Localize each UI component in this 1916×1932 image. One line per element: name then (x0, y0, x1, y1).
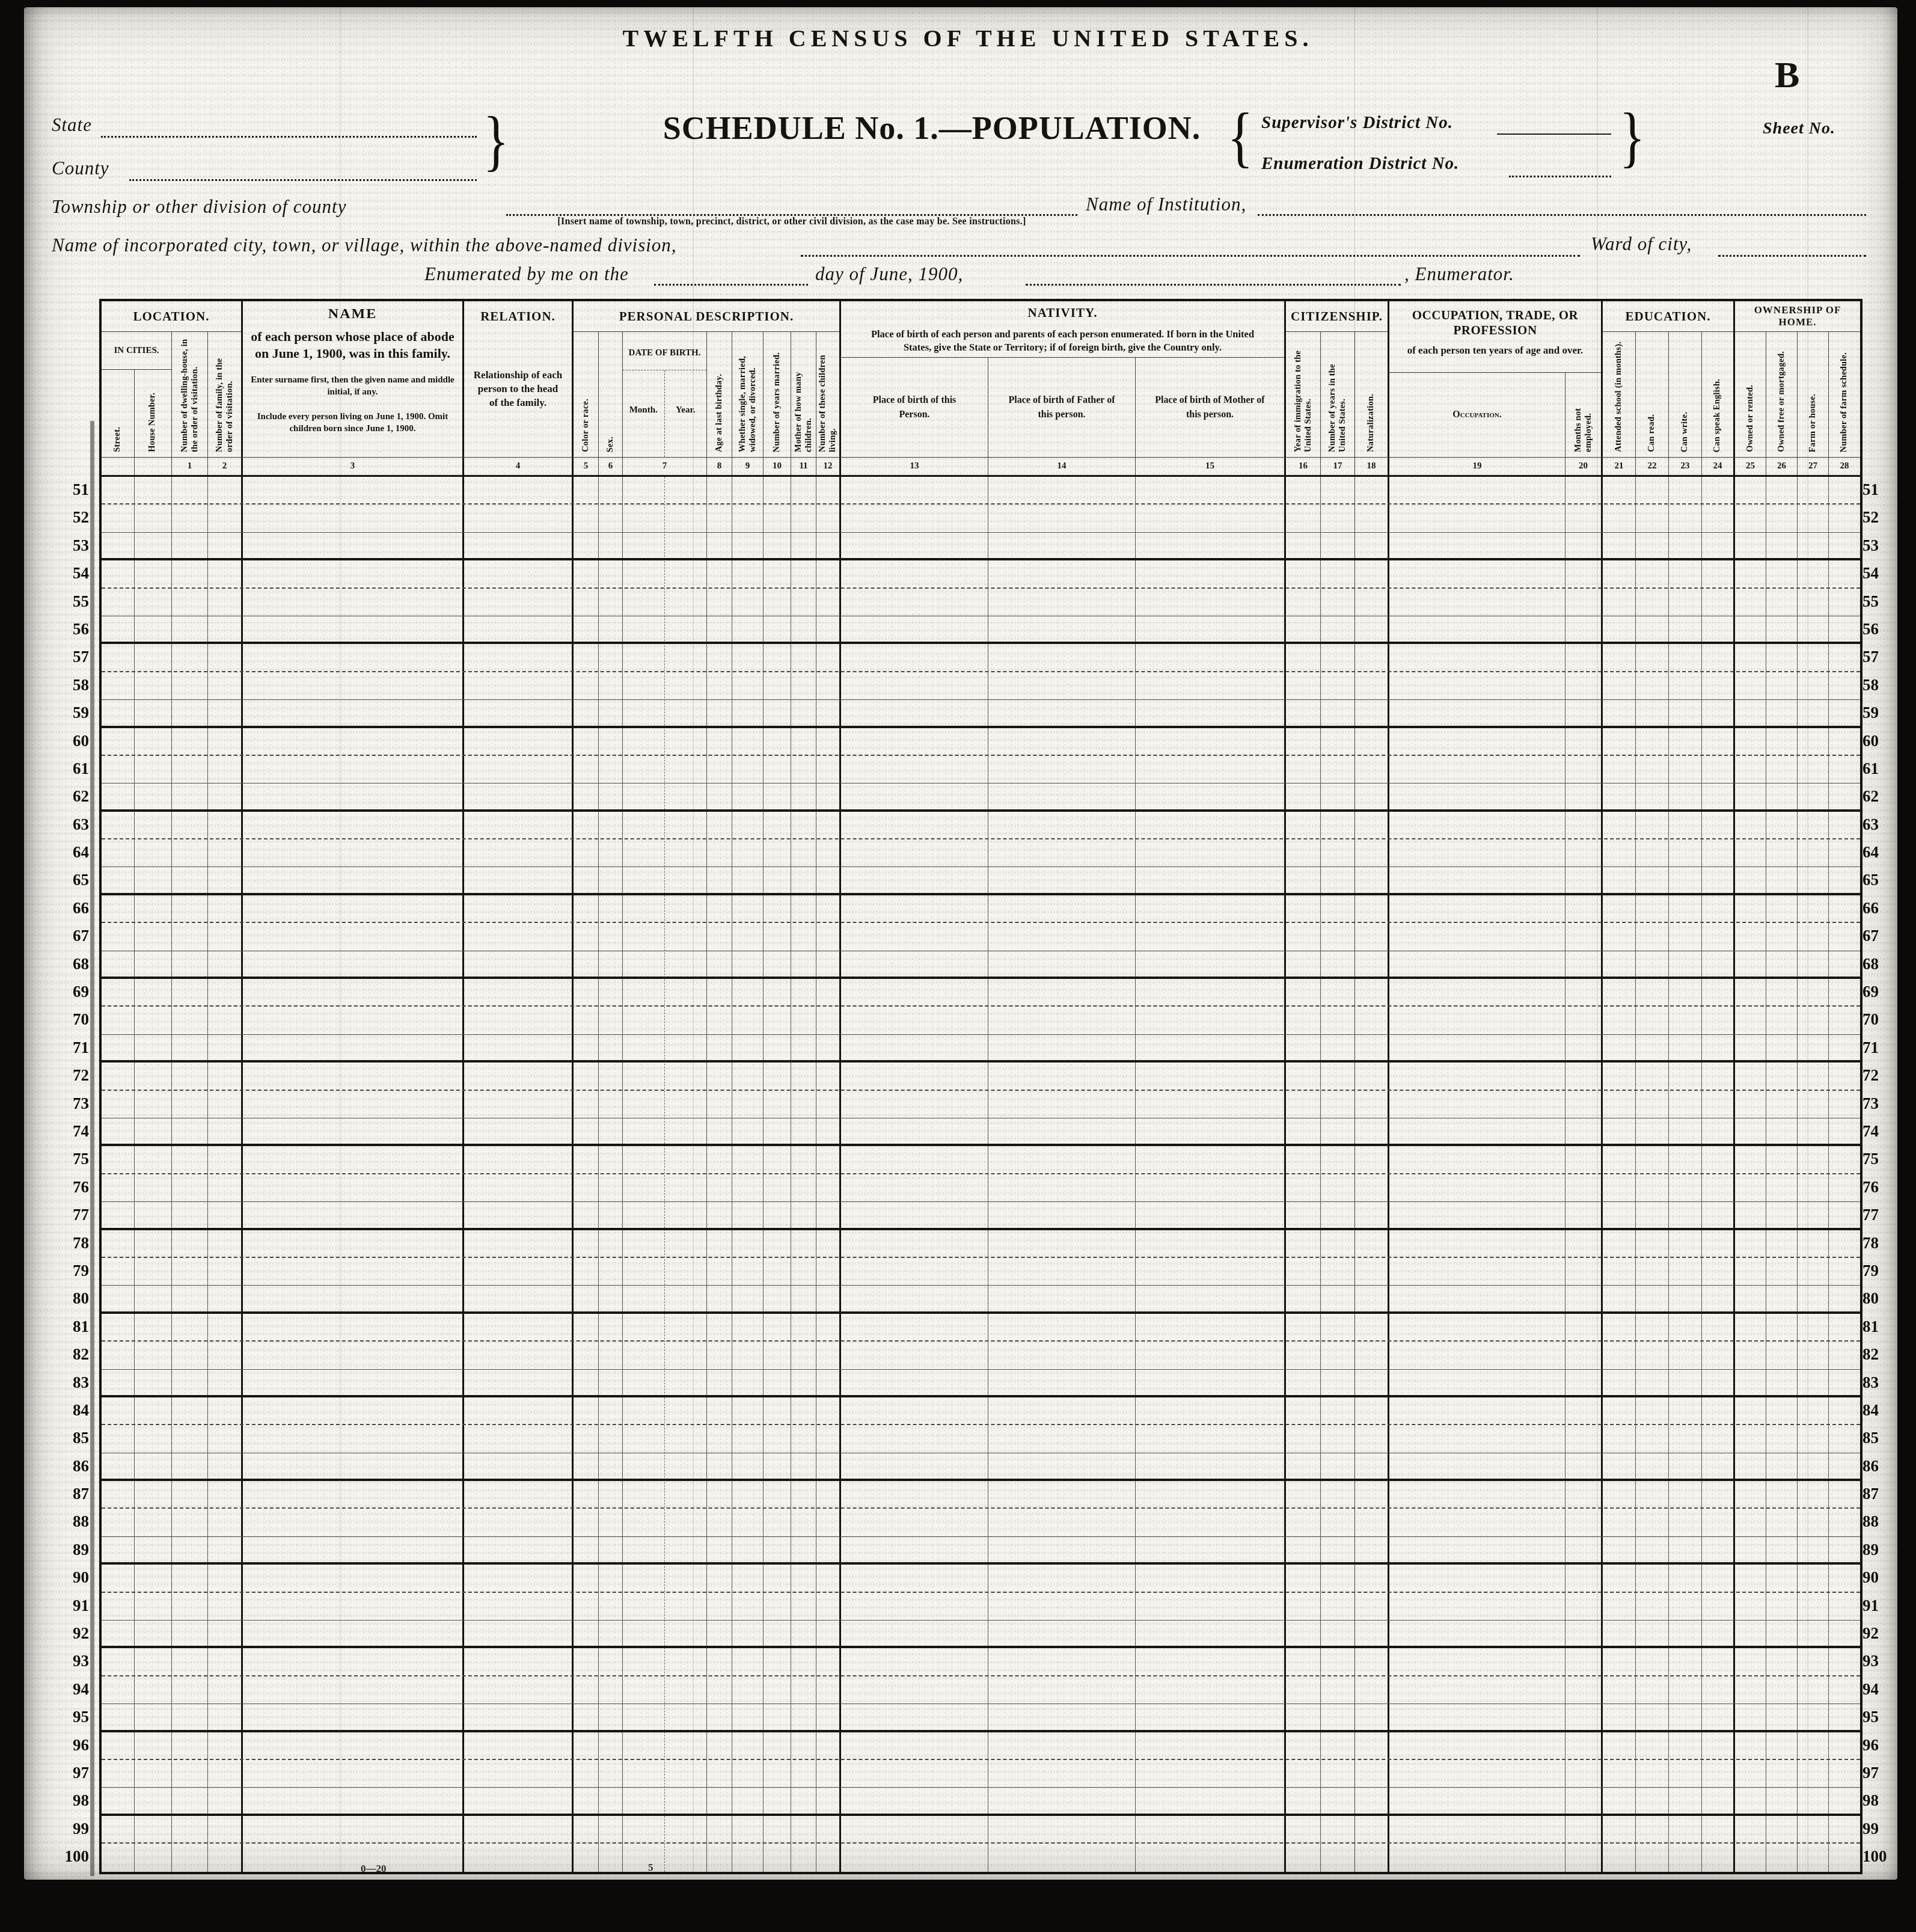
name-note-include: Include every person living on June 1, 1… (249, 411, 456, 435)
table-header: LOCATION. IN CITIES. Street. House Numbe… (102, 301, 1860, 458)
years-married-column-header: Number of years married. (764, 332, 791, 457)
table-row (102, 951, 1860, 979)
census-sheet: TWELFTH CENSUS OF THE UNITED STATES. B S… (0, 0, 1916, 1932)
table-row (102, 672, 1860, 700)
state-blank-line (101, 133, 477, 138)
column-number: 9 (732, 458, 764, 475)
column-number: 7 (623, 458, 707, 475)
row-number: 89 (1862, 1536, 1900, 1563)
row-number: 62 (1862, 782, 1900, 810)
row-number: 53 (52, 532, 89, 559)
table-row (102, 1760, 1860, 1788)
row-number: 93 (52, 1647, 89, 1675)
table-row (102, 1704, 1860, 1732)
row-number: 88 (1862, 1507, 1900, 1535)
row-number: 81 (1862, 1313, 1900, 1340)
township-note: [Insert name of township, town, precinct… (512, 216, 1071, 227)
color-race-column-header: Color or race. (574, 332, 599, 457)
row-number: 84 (1862, 1396, 1900, 1424)
row-number: 98 (52, 1786, 89, 1814)
column-number: 23 (1669, 458, 1702, 475)
date-of-birth-column-header: DATE OF BIRTH. Month. Year. (623, 332, 707, 457)
table-row (102, 1286, 1860, 1313)
census-table: LOCATION. IN CITIES. Street. House Numbe… (99, 299, 1862, 1874)
column-number: 26 (1766, 458, 1798, 475)
schedule-title: SCHEDULE No. 1.—POPULATION. (613, 109, 1250, 147)
table-row (102, 1481, 1860, 1509)
row-number: 52 (1862, 503, 1900, 531)
supervisors-district-label: Supervisor's District No. (1261, 113, 1453, 133)
print-code: 0—20 (361, 1863, 387, 1875)
table-row (102, 1621, 1860, 1648)
enumerated-date-blank (654, 281, 808, 286)
nativity-title: NATIVITY. (841, 301, 1284, 324)
table-row (102, 1035, 1860, 1063)
row-numbers-right: 5152535455565758596061626364656667686970… (1862, 476, 1900, 1871)
row-number: 79 (52, 1257, 89, 1284)
row-number: 55 (52, 587, 89, 615)
table-row (102, 1648, 1860, 1676)
row-number: 76 (52, 1173, 89, 1201)
column-number: 6 (599, 458, 623, 475)
row-number: 97 (1862, 1759, 1900, 1786)
township-blank-line (506, 212, 1077, 216)
row-number: 91 (52, 1592, 89, 1619)
column-number-blank (135, 458, 172, 475)
institution-blank-line (1258, 212, 1866, 216)
nativity-description: Place of birth of each person and parent… (841, 324, 1284, 358)
row-number: 94 (1862, 1675, 1900, 1703)
date-of-birth-label: DATE OF BIRTH. (623, 332, 706, 370)
section-relation: RELATION. Relationship of each person to… (464, 301, 574, 457)
enumeration-district-blank (1509, 173, 1611, 177)
table-row (102, 644, 1860, 672)
column-number: 11 (791, 458, 816, 475)
row-number: 56 (1862, 615, 1900, 643)
occupation-title: OCCUPATION, TRADE, OR PROFESSION (1389, 301, 1601, 345)
row-number: 99 (52, 1815, 89, 1842)
column-number: 18 (1355, 458, 1389, 475)
personal-description-title: PERSONAL DESCRIPTION. (574, 301, 839, 332)
row-number: 95 (1862, 1703, 1900, 1731)
row-number: 78 (1862, 1229, 1900, 1257)
column-number: 27 (1798, 458, 1829, 475)
birthplace-father-column-header: Place of birth of Father of this person. (988, 358, 1136, 457)
row-number: 63 (1862, 811, 1900, 838)
scan-streak (90, 421, 94, 1876)
table-row (102, 1370, 1860, 1397)
row-number: 58 (1862, 671, 1900, 699)
table-row (102, 616, 1860, 644)
row-number: 86 (52, 1452, 89, 1480)
row-number: 96 (52, 1731, 89, 1759)
row-number: 57 (52, 643, 89, 670)
row-number: 65 (52, 866, 89, 894)
row-number: 54 (1862, 559, 1900, 587)
incorporated-city-label: Name of incorporated city, town, or vill… (52, 235, 677, 256)
name-title: NAME (249, 306, 456, 322)
supervisors-district-blank (1497, 131, 1611, 135)
row-number: 78 (52, 1229, 89, 1257)
scan-edge-right (1897, 0, 1916, 1932)
row-number: 71 (52, 1034, 89, 1061)
table-row (102, 1425, 1860, 1453)
row-number: 97 (52, 1759, 89, 1786)
sheet-side-letter: B (1775, 54, 1801, 97)
row-number: 79 (1862, 1257, 1900, 1284)
incorporated-city-blank-line (801, 253, 1580, 257)
citizenship-title: CITIZENSHIP. (1286, 301, 1388, 332)
table-row (102, 1146, 1860, 1174)
can-speak-english-column-header: Can speak English. (1702, 332, 1733, 457)
row-number: 59 (1862, 699, 1900, 726)
row-number: 71 (1862, 1034, 1900, 1061)
row-number: 66 (1862, 894, 1900, 922)
table-row (102, 1732, 1860, 1760)
table-row (102, 1453, 1860, 1481)
row-number: 74 (1862, 1117, 1900, 1145)
row-number: 57 (1862, 643, 1900, 670)
row-number: 51 (52, 476, 89, 503)
row-number: 73 (52, 1090, 89, 1117)
row-number: 85 (1862, 1424, 1900, 1452)
street-column-header: Street. (102, 370, 135, 457)
birthplace-mother-column-header: Place of birth of Mother of this person. (1136, 358, 1284, 457)
column-number: 14 (988, 458, 1136, 475)
row-number: 64 (1862, 838, 1900, 866)
county-label: County (52, 158, 109, 179)
column-number: 22 (1636, 458, 1669, 475)
row-number: 83 (52, 1369, 89, 1396)
row-number: 93 (1862, 1647, 1900, 1675)
row-number: 77 (1862, 1201, 1900, 1228)
row-number: 86 (1862, 1452, 1900, 1480)
table-body-rows (102, 477, 1860, 1872)
table-row (102, 1091, 1860, 1118)
row-number: 92 (52, 1619, 89, 1647)
mother-of-children-column-header: Mother of how many children. (791, 332, 816, 457)
table-row (102, 728, 1860, 756)
table-row (102, 477, 1860, 504)
section-personal-description: PERSONAL DESCRIPTION. Color or race. Sex… (574, 301, 841, 457)
row-number: 69 (1862, 978, 1900, 1005)
relation-title: RELATION. (464, 301, 572, 331)
table-row (102, 895, 1860, 923)
row-number: 92 (1862, 1619, 1900, 1647)
row-number: 56 (52, 615, 89, 643)
occupation-column-header: Occupation. (1389, 373, 1566, 457)
row-number: 60 (1862, 727, 1900, 755)
name-note-surname: Enter surname first, then the given name… (249, 375, 456, 398)
house-number-column-header: House Number. (135, 370, 171, 457)
table-row (102, 784, 1860, 811)
table-row (102, 560, 1860, 588)
age-column-header: Age at last birthday. (707, 332, 732, 457)
row-number: 100 (1862, 1842, 1900, 1870)
table-row (102, 1007, 1860, 1034)
column-number-blank (102, 458, 135, 475)
row-number: 75 (1862, 1145, 1900, 1173)
table-row (102, 1565, 1860, 1592)
column-number: 20 (1566, 458, 1603, 475)
county-blank-line (129, 177, 477, 181)
farm-or-house-column-header: Farm or house. (1798, 332, 1829, 457)
row-number: 100 (52, 1842, 89, 1870)
table-row (102, 979, 1860, 1007)
institution-label: Name of Institution, (1086, 194, 1246, 215)
section-ownership: OWNERSHIP OF HOME. Owned or rented. Owne… (1735, 301, 1860, 457)
owned-free-mortgaged-column-header: Owned free or mortgaged. (1766, 332, 1798, 457)
column-number: 4 (464, 458, 574, 475)
row-number: 63 (52, 811, 89, 838)
column-number: 3 (243, 458, 464, 475)
table-row (102, 1202, 1860, 1230)
row-number: 75 (52, 1145, 89, 1173)
row-number: 83 (1862, 1369, 1900, 1396)
row-number: 58 (52, 671, 89, 699)
owned-rented-column-header: Owned or rented. (1735, 332, 1766, 457)
table-row (102, 1063, 1860, 1090)
row-number: 68 (52, 950, 89, 978)
row-number: 65 (1862, 866, 1900, 894)
row-number: 69 (52, 978, 89, 1005)
row-number: 59 (52, 699, 89, 726)
attended-school-column-header: Attended school (in months). (1603, 332, 1636, 457)
months-not-employed-column-header: Months not employed. (1566, 373, 1601, 457)
farm-schedule-column-header: Number of farm schedule. (1829, 332, 1860, 457)
row-number: 73 (1862, 1090, 1900, 1117)
column-number: 25 (1735, 458, 1766, 475)
scan-edge-top (0, 0, 1916, 7)
table-row (102, 504, 1860, 532)
table-row (102, 1676, 1860, 1704)
row-number: 84 (52, 1396, 89, 1424)
enumerated-label: Enumerated by me on the (424, 263, 629, 285)
row-number: 74 (52, 1117, 89, 1145)
row-number: 99 (1862, 1815, 1900, 1842)
table-row (102, 1230, 1860, 1258)
in-cities-label: IN CITIES. (102, 332, 171, 370)
row-number: 53 (1862, 532, 1900, 559)
row-number: 54 (52, 559, 89, 587)
row-number: 77 (52, 1201, 89, 1228)
can-write-column-header: Can write. (1669, 332, 1702, 457)
column-number: 19 (1389, 458, 1566, 475)
row-number: 55 (1862, 587, 1900, 615)
row-number: 51 (1862, 476, 1900, 503)
table-row (102, 700, 1860, 728)
table-row (102, 1397, 1860, 1425)
row-number: 52 (52, 503, 89, 531)
row-number: 60 (52, 727, 89, 755)
row-number: 72 (52, 1061, 89, 1089)
row-numbers-left: 5152535455565758596061626364656667686970… (52, 476, 89, 1871)
district-brace-open: { (1227, 103, 1253, 171)
table-row (102, 1342, 1860, 1369)
enumerator-name-blank (1026, 281, 1401, 286)
state-label: State (52, 114, 92, 136)
month-label: Month. (623, 370, 665, 457)
column-number: 17 (1321, 458, 1355, 475)
row-number: 76 (1862, 1173, 1900, 1201)
row-number: 82 (52, 1340, 89, 1368)
row-number: 61 (1862, 755, 1900, 782)
table-row (102, 1816, 1860, 1844)
years-in-us-column-header: Number of years in the United States. (1321, 332, 1355, 457)
ownership-title: OWNERSHIP OF HOME. (1735, 301, 1860, 332)
row-number: 64 (52, 838, 89, 866)
row-number: 80 (1862, 1284, 1900, 1312)
table-row (102, 923, 1860, 951)
birthplace-person-column-header: Place of birth of this Person. (841, 358, 988, 457)
row-number: 61 (52, 755, 89, 782)
table-row (102, 839, 1860, 867)
column-number: 21 (1603, 458, 1636, 475)
scan-edge-bottom (0, 1880, 1916, 1932)
education-title: EDUCATION. (1603, 301, 1733, 332)
district-brace-close: } (1619, 103, 1645, 171)
table-row (102, 812, 1860, 839)
table-row (102, 867, 1860, 895)
row-number: 95 (52, 1703, 89, 1731)
ward-of-city-label: Ward of city, (1591, 233, 1692, 255)
row-number: 89 (52, 1536, 89, 1563)
column-number: 24 (1702, 458, 1735, 475)
column-number-row: 1 2 3 4 5 6 7 8 9 10 11 12 13 14 15 16 1… (102, 458, 1860, 477)
page-title: TWELFTH CENSUS OF THE UNITED STATES. (385, 24, 1551, 52)
dwelling-number-column-header: Number of dwelling-house, in the order o… (172, 332, 208, 457)
can-read-column-header: Can read. (1636, 332, 1669, 457)
relation-description: Relationship of each person to the head … (464, 369, 572, 410)
column-number: 16 (1286, 458, 1321, 475)
column-number: 1 (172, 458, 208, 475)
row-number: 72 (1862, 1061, 1900, 1089)
township-label: Township or other division of county (52, 196, 346, 218)
row-number: 67 (52, 922, 89, 949)
year-label: Year. (665, 370, 707, 457)
enumeration-district-label: Enumeration District No. (1261, 154, 1459, 174)
table-row (102, 1537, 1860, 1565)
column-number: 5 (574, 458, 599, 475)
table-row (102, 1788, 1860, 1815)
marital-status-column-header: Whether single, married, widowed, or div… (732, 332, 764, 457)
day-of-june-label: day of June, 1900, (815, 263, 963, 285)
row-number: 67 (1862, 922, 1900, 949)
row-number: 96 (1862, 1731, 1900, 1759)
row-number: 70 (52, 1005, 89, 1033)
row-number: 80 (52, 1284, 89, 1312)
sheet-no-label: Sheet No. (1763, 119, 1835, 138)
row-number: 87 (52, 1480, 89, 1507)
column-number: 15 (1136, 458, 1286, 475)
family-number-column-header: Number of family, in the order of visita… (208, 332, 241, 457)
section-education: EDUCATION. Attended school (in months). … (1603, 301, 1735, 457)
section-occupation: OCCUPATION, TRADE, OR PROFESSION of each… (1389, 301, 1603, 457)
in-cities-group: IN CITIES. Street. House Number. (102, 332, 172, 457)
column-number: 10 (764, 458, 791, 475)
name-description: of each person whose place of abode on J… (249, 328, 456, 361)
table-row (102, 1314, 1860, 1342)
section-citizenship: CITIZENSHIP. Year of immigration to the … (1286, 301, 1389, 457)
row-number: 62 (52, 782, 89, 810)
occupation-description: of each person ten years of age and over… (1389, 345, 1601, 373)
enumerator-label: , Enumerator. (1404, 263, 1514, 285)
row-number: 88 (52, 1507, 89, 1535)
row-number: 90 (52, 1563, 89, 1591)
table-row (102, 1258, 1860, 1286)
row-number: 91 (1862, 1592, 1900, 1619)
column-number: 28 (1829, 458, 1860, 475)
row-number: 90 (1862, 1563, 1900, 1591)
row-number: 82 (1862, 1340, 1900, 1368)
location-title: LOCATION. (102, 301, 241, 332)
table-row (102, 1118, 1860, 1146)
print-mark: 5 (648, 1862, 653, 1874)
table-row (102, 1174, 1860, 1202)
row-number: 70 (1862, 1005, 1900, 1033)
children-living-column-header: Number of these children living. (816, 332, 839, 457)
table-row (102, 533, 1860, 560)
row-number: 85 (52, 1424, 89, 1452)
table-row (102, 1593, 1860, 1621)
scan-edge-left (0, 0, 24, 1932)
row-number: 81 (52, 1313, 89, 1340)
section-name: NAME of each person whose place of abode… (243, 301, 464, 457)
table-body (102, 477, 1860, 1872)
table-row (102, 1509, 1860, 1536)
section-nativity: NATIVITY. Place of birth of each person … (841, 301, 1286, 457)
row-number: 94 (52, 1675, 89, 1703)
table-row (102, 756, 1860, 784)
column-number: 8 (707, 458, 732, 475)
ward-blank-line (1718, 253, 1866, 257)
column-number: 13 (841, 458, 988, 475)
row-number: 66 (52, 894, 89, 922)
state-county-brace: } (483, 107, 509, 174)
section-location: LOCATION. IN CITIES. Street. House Numbe… (102, 301, 243, 457)
column-number: 2 (208, 458, 243, 475)
row-number: 68 (1862, 950, 1900, 978)
row-number: 87 (1862, 1480, 1900, 1507)
naturalization-column-header: Naturalization. (1355, 332, 1388, 457)
row-number: 98 (1862, 1786, 1900, 1814)
table-row (102, 589, 1860, 616)
immigration-year-column-header: Year of immigration to the United States… (1286, 332, 1321, 457)
sex-column-header: Sex. (599, 332, 623, 457)
column-number: 12 (816, 458, 841, 475)
